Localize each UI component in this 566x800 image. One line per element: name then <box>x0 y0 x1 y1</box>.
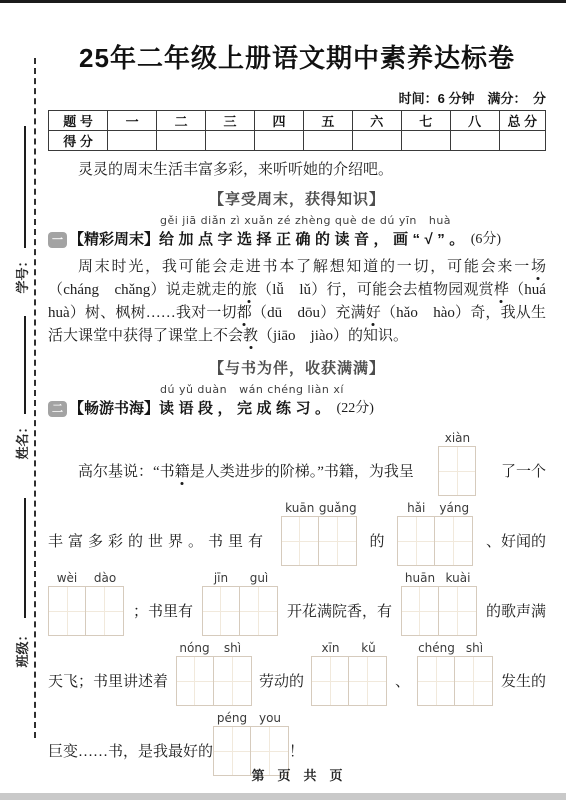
score-cell-empty <box>450 131 499 151</box>
student-name-blank-line <box>24 316 26 414</box>
pinyin-label: nóng <box>179 640 209 656</box>
writing-square <box>48 586 86 636</box>
writing-square <box>455 656 493 706</box>
writing-cell: kuài <box>439 570 477 636</box>
passage-line: wèidào；书里有jīnguì开花满院香，有huānkuài的歌声满 <box>48 570 546 636</box>
writing-cell: dào <box>86 570 124 636</box>
text-run: ；书里有 <box>133 600 193 621</box>
writing-square <box>86 586 124 636</box>
text-run: 巨变……书，是我最好的 <box>48 740 213 761</box>
writing-cell: kǔ <box>349 640 387 706</box>
text-run: ！ <box>289 744 304 760</box>
pinyin-label: yáng <box>439 500 469 516</box>
writing-square <box>435 516 473 566</box>
writing-square <box>176 656 214 706</box>
emphasized-char: 教 <box>243 328 258 344</box>
question-2-stem: 读语段，完成练习。 <box>159 398 335 420</box>
text-run: （lǚ lǔ）行，可能会去植物园观赏 <box>257 282 494 298</box>
text-run: 、好闻的 <box>486 534 546 550</box>
writing-cell: yáng <box>435 500 473 566</box>
question-1-tag: 【精彩周末】 <box>69 229 159 251</box>
score-row-label: 得 分 <box>49 131 108 151</box>
page-title: 25年二年级上册语文期中素养达标卷 <box>48 38 546 75</box>
text-run: 是人类进步的阶梯。”书籍，为我呈 <box>190 464 414 480</box>
text-run: 发生的 <box>501 674 546 690</box>
writing-square <box>438 446 476 496</box>
score-table-header-row: 题 号 一 二 三 四 五 六 七 八 总 分 <box>49 111 546 131</box>
text-run: （jiāo jiào）的知识。 <box>258 328 408 344</box>
emphasized-char: 都 <box>237 305 252 321</box>
emphasized-char: 旅 <box>242 282 257 298</box>
text-run: 开花满院香，有 <box>287 600 392 621</box>
writing-square <box>214 656 252 706</box>
writing-square <box>281 516 319 566</box>
writing-cell: guì <box>240 570 278 636</box>
pinyin-label: dào <box>94 570 116 586</box>
emphasized-char: 好 <box>366 305 381 321</box>
score-cell-empty <box>206 131 255 151</box>
pinyin-label: jīn <box>214 570 228 586</box>
student-id-label: 学号： <box>0 252 43 296</box>
writing-cell: hǎi <box>397 500 435 566</box>
pinyin-label: xiàn <box>445 430 470 446</box>
text-run: 开花满院香，有 <box>287 604 392 620</box>
text-run: 周末时光，我可能会走进书本了解想知道的一切，可能会来一 <box>78 259 531 275</box>
passage-line: 天飞；书里讲述着nóngshì劳动的xīnkǔ、chéngshì发生的 <box>48 640 546 706</box>
text-run: 丰富多彩的世界。书里有 <box>48 530 268 551</box>
answer-box: wèidào <box>48 570 124 636</box>
question-1-number-badge: 一 <box>48 232 67 248</box>
text-run: 了一个 <box>501 460 546 481</box>
pinyin-label: hǎi <box>407 500 425 516</box>
writing-square <box>240 586 278 636</box>
writing-square <box>401 586 439 636</box>
answer-box: chéngshì <box>417 640 493 706</box>
emphasized-char: 籍 <box>175 464 190 480</box>
question-1-stem: 给加点字选择正确的读音，画“√”。 <box>159 229 469 251</box>
text-run: 、 <box>395 670 410 691</box>
question-1-passage: 周末时光，我可能会走进书本了解想知道的一切，可能会来一场（cháng chǎng… <box>48 256 546 348</box>
pinyin-label: huān <box>405 570 435 586</box>
question-2-pinyin: dú yǔ duàn wán chéng liàn xí <box>160 384 546 396</box>
scan-edge-top <box>0 0 566 3</box>
text-run: 高尔基说：“书籍是人类进步的阶梯。”书籍，为我呈 <box>48 460 414 481</box>
score-header-cell: 总 分 <box>499 111 545 131</box>
student-name-label: 姓名： <box>0 418 43 462</box>
question-2-number-badge: 二 <box>48 401 67 417</box>
text-run: 的歌声满 <box>486 600 546 621</box>
pinyin-label: kuān <box>285 500 314 516</box>
writing-square <box>439 586 477 636</box>
score-table: 题 号 一 二 三 四 五 六 七 八 总 分 得 分 <box>48 110 546 151</box>
writing-cell: nóng <box>176 640 214 706</box>
text-run: ；书里有 <box>133 604 193 620</box>
answer-box: jīnguì <box>202 570 278 636</box>
scan-edge-bottom <box>0 793 566 800</box>
answer-box: xiàn <box>438 430 476 496</box>
writing-cell: shì <box>455 640 493 706</box>
pinyin-label: chéng <box>418 640 455 656</box>
question-1-points: (6分) <box>471 229 501 251</box>
writing-cell: xiàn <box>438 430 476 496</box>
writing-cell: chéng <box>417 640 455 706</box>
score-header-cell: 四 <box>254 111 303 131</box>
pinyin-label: shì <box>224 640 241 656</box>
writing-square <box>397 516 435 566</box>
text-run: （cháng chǎng）说走就走的 <box>48 282 242 298</box>
score-cell-empty <box>254 131 303 151</box>
emphasized-char: 桦 <box>494 282 509 298</box>
question-2-passage: 高尔基说：“书籍是人类进步的阶梯。”书籍，为我呈xiàn了一个 丰富多彩的世界。… <box>48 430 546 776</box>
writing-square <box>349 656 387 706</box>
question-2-points: (22分) <box>337 398 374 420</box>
writing-square <box>319 516 357 566</box>
class-blank-line <box>24 498 26 618</box>
pinyin-label: péng <box>217 710 247 726</box>
score-cell-empty <box>157 131 206 151</box>
answer-box: kuānguǎng <box>281 500 357 566</box>
pinyin-label: kǔ <box>361 640 376 656</box>
score-cell-empty <box>108 131 157 151</box>
class-label: 班级： <box>0 626 43 670</box>
answer-box: huānkuài <box>401 570 477 636</box>
writing-square <box>202 586 240 636</box>
text-run: 的歌声满 <box>486 604 546 620</box>
text-run: 天飞；书里讲述着 <box>48 670 168 691</box>
text-run: 、 <box>395 674 410 690</box>
pinyin-label: xīn <box>321 640 339 656</box>
score-header-cell: 题 号 <box>49 111 108 131</box>
content-column: 25年二年级上册语文期中素养达标卷 时间：6 分钟 满分： 分 题 号 一 二 … <box>48 30 546 780</box>
text-run: 了一个 <box>501 464 546 480</box>
text-run: （dū dōu）充满 <box>252 305 366 321</box>
pinyin-label: kuài <box>446 570 471 586</box>
answer-box: hǎiyáng <box>397 500 473 566</box>
pinyin-label: guì <box>250 570 269 586</box>
section-banner-2: 【与书为伴，收获满满】 <box>48 357 546 378</box>
text-run: 的 <box>369 534 384 550</box>
text-run: 高尔基说：“书 <box>48 464 175 480</box>
writing-cell: jīn <box>202 570 240 636</box>
question-2-heading: 二 【畅游书海】 读语段，完成练习。 (22分) <box>48 398 546 420</box>
score-header-cell: 六 <box>352 111 401 131</box>
writing-cell: huān <box>401 570 439 636</box>
score-header-cell: 一 <box>108 111 157 131</box>
pinyin-label: shì <box>466 640 483 656</box>
score-cell-empty <box>352 131 401 151</box>
answer-box: xīnkǔ <box>311 640 387 706</box>
text-run: 的 <box>369 530 384 551</box>
passage-line: 高尔基说：“书籍是人类进步的阶梯。”书籍，为我呈xiàn了一个 <box>48 430 546 496</box>
writing-square <box>417 656 455 706</box>
score-table-score-row: 得 分 <box>49 131 546 151</box>
writing-cell: wèi <box>48 570 86 636</box>
text-run: 丰富多彩的世界。书里有 <box>48 534 268 550</box>
intro-sentence: 灵灵的周末生活丰富多彩，来听听她的介绍吧。 <box>48 158 546 179</box>
score-header-cell: 二 <box>157 111 206 131</box>
answer-box: nóngshì <box>176 640 252 706</box>
text-run: ！ <box>289 740 304 761</box>
question-2-tag: 【畅游书海】 <box>69 398 159 420</box>
pinyin-label: wèi <box>57 570 78 586</box>
score-cell-empty <box>499 131 545 151</box>
score-header-cell: 七 <box>401 111 450 131</box>
writing-cell: kuān <box>281 500 319 566</box>
text-run: 劳动的 <box>259 674 304 690</box>
writing-cell: guǎng <box>319 500 357 566</box>
exam-paper-page: 学号： 姓名： 班级： 25年二年级上册语文期中素养达标卷 时间：6 分钟 满分… <box>0 0 566 800</box>
pinyin-label: guǎng <box>319 500 357 516</box>
text-run: 、好闻的 <box>486 530 546 551</box>
score-header-cell: 八 <box>450 111 499 131</box>
writing-cell: shì <box>214 640 252 706</box>
text-run: 天飞；书里讲述着 <box>48 674 168 690</box>
time-score-line: 时间：6 分钟 满分： 分 <box>48 88 546 107</box>
question-1-pinyin: gěi jiā diǎn zì xuǎn zé zhèng què de dú … <box>160 215 546 227</box>
text-run: 巨变……书，是我最好的 <box>48 744 213 760</box>
section-banner-1: 【享受周末，获得知识】 <box>48 188 546 209</box>
score-header-cell: 三 <box>206 111 255 131</box>
passage-line: 丰富多彩的世界。书里有kuānguǎng的hǎiyáng、好闻的 <box>48 500 546 566</box>
student-id-blank-line <box>24 126 26 248</box>
writing-cell: xīn <box>311 640 349 706</box>
score-cell-empty <box>303 131 352 151</box>
emphasized-char: 场 <box>531 259 546 275</box>
text-run: 劳动的 <box>259 670 304 691</box>
page-footer: 第 页 共 页 <box>48 765 546 784</box>
score-cell-empty <box>401 131 450 151</box>
question-1-heading: 一 【精彩周末】 给加点字选择正确的读音，画“√”。 (6分) <box>48 229 546 251</box>
pinyin-label: you <box>259 710 281 726</box>
writing-square <box>311 656 349 706</box>
text-run: 发生的 <box>501 670 546 691</box>
score-header-cell: 五 <box>303 111 352 131</box>
